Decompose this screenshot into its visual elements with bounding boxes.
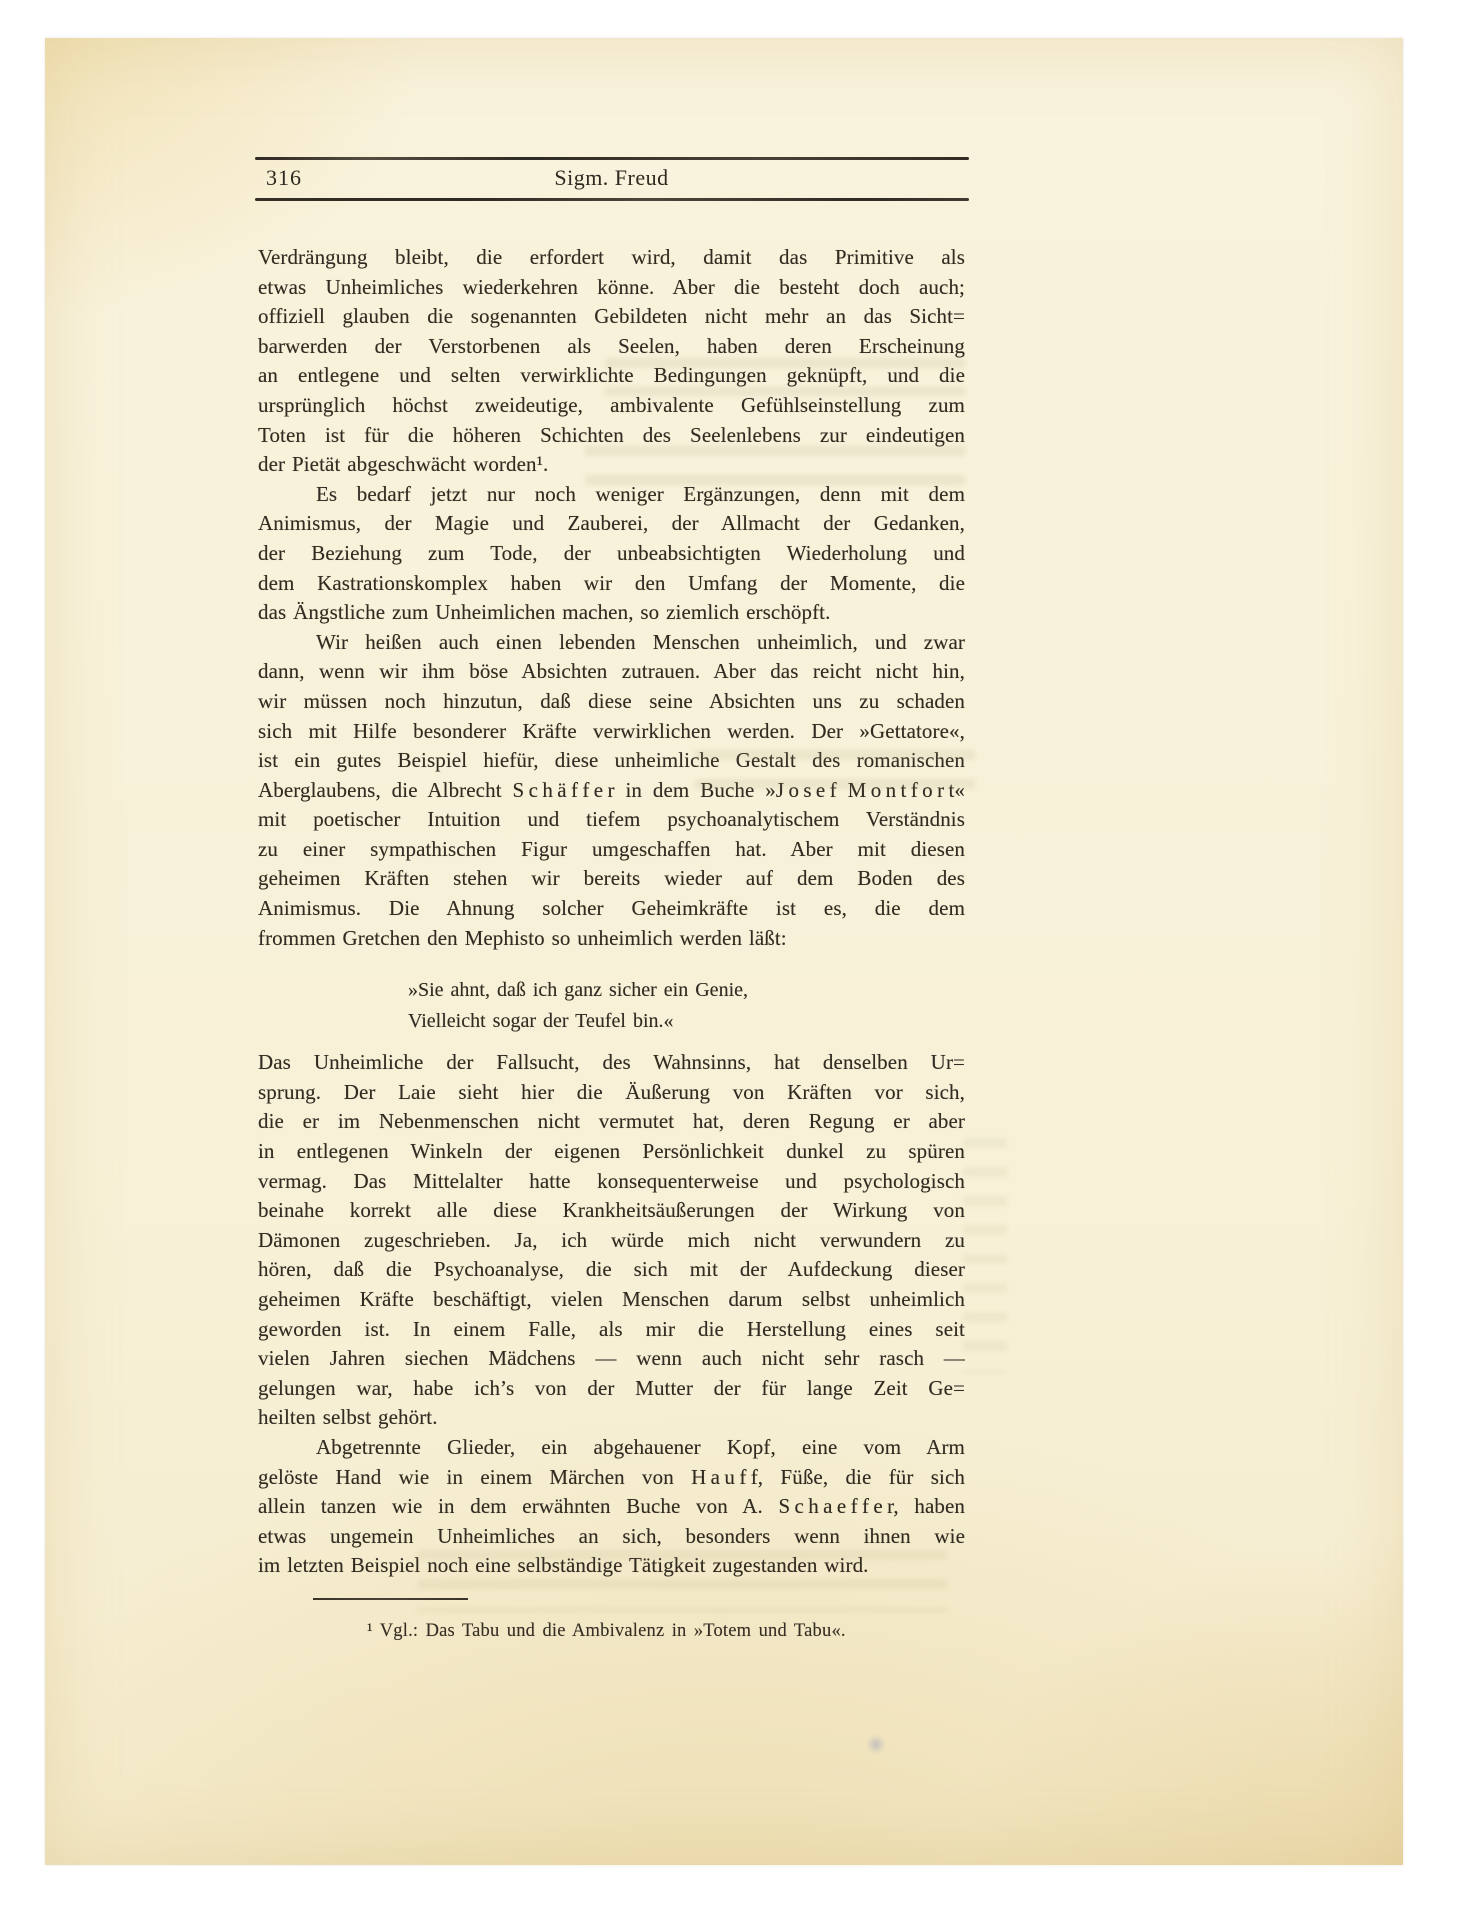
text-line: sprung. Der Laie sieht hier die Äußerung… xyxy=(258,1078,965,1108)
text-line: der Beziehung zum Tode, der unbeabsichti… xyxy=(258,539,965,569)
text-line: wir müssen noch hinzutun, daß diese sein… xyxy=(258,687,965,717)
bleedthrough-smudge xyxy=(963,1138,1007,1373)
text-line: etwas ungemein Unheimliches an sich, bes… xyxy=(258,1522,965,1552)
text-line: das Ängstliche zum Unheimlichen machen, … xyxy=(258,598,965,628)
text-line: an entlegene und selten verwirklichte Be… xyxy=(258,361,965,391)
scanned-book-page: 316 Sigm. Freud Verdrängung bleibt, die … xyxy=(45,38,1403,1865)
text-line: sich mit Hilfe besonderer Kräfte verwirk… xyxy=(258,717,965,747)
running-head: 316 Sigm. Freud xyxy=(258,162,965,194)
body-text: Verdrängung bleibt, die erfordert wird, … xyxy=(258,243,965,1581)
text-line: Animismus, der Magie und Zauberei, der A… xyxy=(258,509,965,539)
header-rule-top xyxy=(255,157,969,160)
text-line: Abgetrennte Glieder, ein abgehauener Kop… xyxy=(258,1433,965,1463)
text-line: Animismus. Die Ahnung solcher Geheimkräf… xyxy=(258,894,965,924)
footnote: ¹ Vgl.: Das Tabu und die Ambivalenz in »… xyxy=(367,1619,1029,1644)
text-line: dann, wenn wir ihm böse Absichten zutrau… xyxy=(258,657,965,687)
text-line: Es bedarf jetzt nur noch weniger Ergänzu… xyxy=(258,480,965,510)
text-line: dem Kastrationskomplex haben wir den Umf… xyxy=(258,569,965,599)
text-line: die er im Nebenmenschen nicht vermutet h… xyxy=(258,1107,965,1137)
verse-quote: »Sie ahnt, daß ich ganz sicher ein Genie… xyxy=(408,975,965,1037)
text-line: allein tanzen wie in dem erwähnten Buche… xyxy=(258,1492,965,1522)
text-line: beinahe korrekt alle diese Krankheitsäuß… xyxy=(258,1196,965,1226)
text-line: frommen Gretchen den Mephisto so unheiml… xyxy=(258,924,965,954)
text-line: Toten ist für die höheren Schichten des … xyxy=(258,421,965,451)
ink-spot xyxy=(865,1736,887,1753)
text-line: hören, daß die Psychoanalyse, die sich m… xyxy=(258,1255,965,1285)
text-line: Wir heißen auch einen lebenden Menschen … xyxy=(258,628,965,658)
text-line: zu einer sympathischen Figur umgeschaffe… xyxy=(258,835,965,865)
quote-line: »Sie ahnt, daß ich ganz sicher ein Genie… xyxy=(408,975,965,1006)
text-line: Aberglaubens, die Albrecht S c h ä f f e… xyxy=(258,776,965,806)
text-line: geheimen Kräfte beschäftigt, vielen Mens… xyxy=(258,1285,965,1315)
text-line: ursprünglich höchst zweideutige, ambival… xyxy=(258,391,965,421)
text-line: gelöste Hand wie in einem Märchen von H … xyxy=(258,1463,965,1493)
header-rule-bottom xyxy=(255,198,969,201)
text-line: ist ein gutes Beispiel hiefür, diese unh… xyxy=(258,746,965,776)
text-line: mit poetischer Intuition und tiefem psyc… xyxy=(258,805,965,835)
running-title: Sigm. Freud xyxy=(554,165,668,190)
footnote-rule xyxy=(313,1598,468,1600)
text-line: Dämonen zugeschrieben. Ja, ich würde mic… xyxy=(258,1226,965,1256)
text-line: Das Unheimliche der Fallsucht, des Wahns… xyxy=(258,1048,965,1078)
text-line: Verdrängung bleibt, die erfordert wird, … xyxy=(258,243,965,273)
text-line: barwerden der Verstorbenen als Seelen, h… xyxy=(258,332,965,362)
quote-line: Vielleicht sogar der Teufel bin.« xyxy=(408,1006,965,1037)
text-line: etwas Unheimliches wiederkehren könne. A… xyxy=(258,273,965,303)
page-number: 316 xyxy=(266,162,302,194)
text-line: vielen Jahren siechen Mädchens — wenn au… xyxy=(258,1344,965,1374)
text-line: vermag. Das Mittelalter hatte konsequent… xyxy=(258,1167,965,1197)
text-line: geworden ist. In einem Falle, als mir di… xyxy=(258,1315,965,1345)
text-line: gelungen war, habe ich’s von der Mutter … xyxy=(258,1374,965,1404)
text-line: heilten selbst gehört. xyxy=(258,1403,965,1433)
text-line: geheimen Kräften stehen wir bereits wied… xyxy=(258,864,965,894)
text-line: in entlegenen Winkeln der eigenen Persön… xyxy=(258,1137,965,1167)
text-line: offiziell glauben die sogenannten Gebild… xyxy=(258,302,965,332)
text-line: im letzten Beispiel noch eine selbständi… xyxy=(258,1551,965,1581)
text-line: der Pietät abgeschwächt worden¹. xyxy=(258,450,965,480)
